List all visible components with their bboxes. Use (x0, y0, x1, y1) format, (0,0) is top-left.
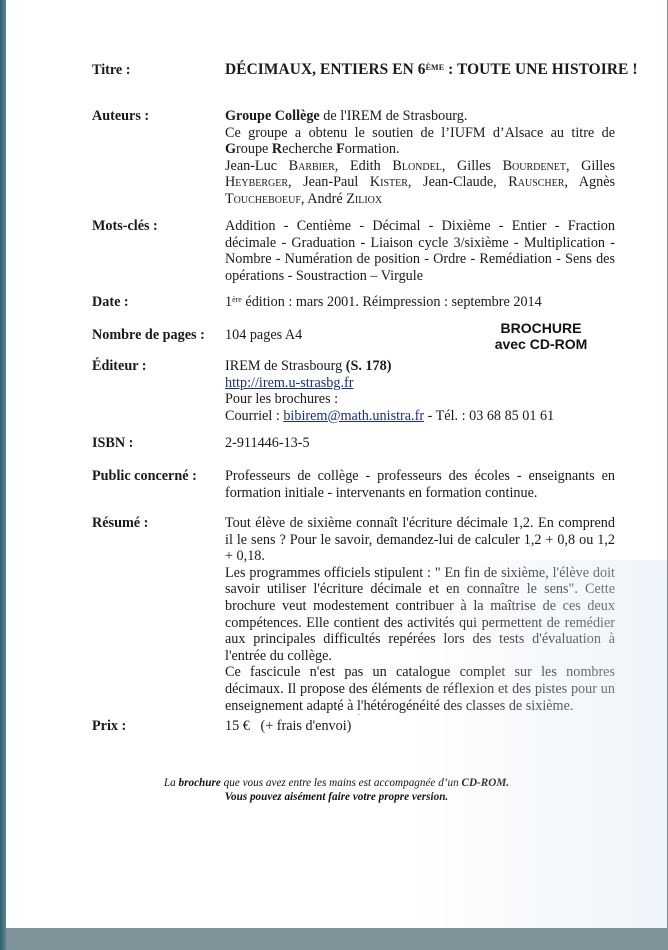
footnote-line: La brochure que vous avez entre les main… (6, 777, 667, 791)
field-label: Résumé : (92, 515, 148, 532)
group-name: Groupe Collège de l'IREM de Strasbourg. (225, 108, 615, 125)
field-label: Titre : (92, 62, 130, 79)
author-name: André Ziliox (307, 191, 382, 207)
support-text: Ce groupe a obtenu le soutien de l’IUFM … (225, 125, 615, 158)
audience-value: Professeurs de collège - professeurs des… (225, 468, 615, 501)
brochure-cdrom-badge: BROCHURE avec CD-ROM (476, 320, 606, 352)
field-label: Public concerné : (92, 468, 197, 485)
document-title: DÉCIMAUX, ENTIERS EN 6ÈME : TOUTE UNE HI… (225, 62, 615, 79)
isbn-value: 2-911446-13-5 (225, 435, 615, 452)
author-name: Jean-Luc Barbier (225, 158, 335, 174)
author-name: Jean-Paul Kister (303, 174, 408, 190)
website-link[interactable]: http://irem.u-strasbg.fr (225, 375, 353, 391)
field-label: Nombre de pages : (92, 327, 205, 344)
badge-line: BROCHURE (476, 320, 606, 336)
brochures-label: Pour les brochures : (225, 391, 615, 408)
email-link[interactable]: bibirem@math.unistra.fr (283, 408, 424, 424)
summary-paragraph: Les programmes officiels stipulent : " E… (225, 565, 615, 665)
price-value: 15 € (+ frais d'envoi) (225, 718, 615, 735)
publisher-name: IREM de Strasbourg (S. 178) (225, 358, 615, 375)
summary-paragraph: Ce fascicule n'est pas un catalogue comp… (225, 664, 615, 714)
authors-list: Jean-Luc Barbier, Edith Blondel, Gilles … (225, 158, 615, 208)
document-page: Titre : DÉCIMAUX, ENTIERS EN 6ÈME : TOUT… (6, 0, 667, 928)
publisher-value: IREM de Strasbourg (S. 178) http://irem.… (225, 358, 615, 424)
field-label: ISBN : (92, 435, 133, 452)
date-value: 1ère édition : mars 2001. Réimpression :… (225, 294, 615, 311)
contact-line: Courriel : bibirem@math.unistra.fr - Tél… (225, 408, 615, 425)
footnote-line: Vous pouvez aisément faire votre propre … (6, 791, 667, 805)
author-name: Jean-Claude, Rauscher (423, 174, 564, 190)
field-label: Mots-clés : (92, 218, 158, 235)
keywords-value: Addition - Centième - Décimal - Dixième … (225, 218, 615, 284)
field-label: Éditeur : (92, 358, 147, 375)
summary-value: Tout élève de sixième connaît l'écriture… (225, 515, 615, 714)
field-label: Prix : (92, 718, 126, 735)
cdrom-footnote: La brochure que vous avez entre les main… (6, 777, 667, 804)
badge-line: avec CD-ROM (476, 336, 606, 352)
author-name: Edith Blondel (350, 158, 442, 174)
scan-dust (338, 710, 340, 711)
field-value-auteurs: Groupe Collège de l'IREM de Strasbourg. … (225, 108, 615, 208)
field-label: Date : (92, 294, 129, 311)
field-label: Auteurs : (92, 108, 149, 125)
summary-paragraph: Tout élève de sixième connaît l'écriture… (225, 515, 615, 565)
scan-dust (358, 714, 360, 715)
author-name: Gilles Bourdenet (457, 158, 566, 174)
